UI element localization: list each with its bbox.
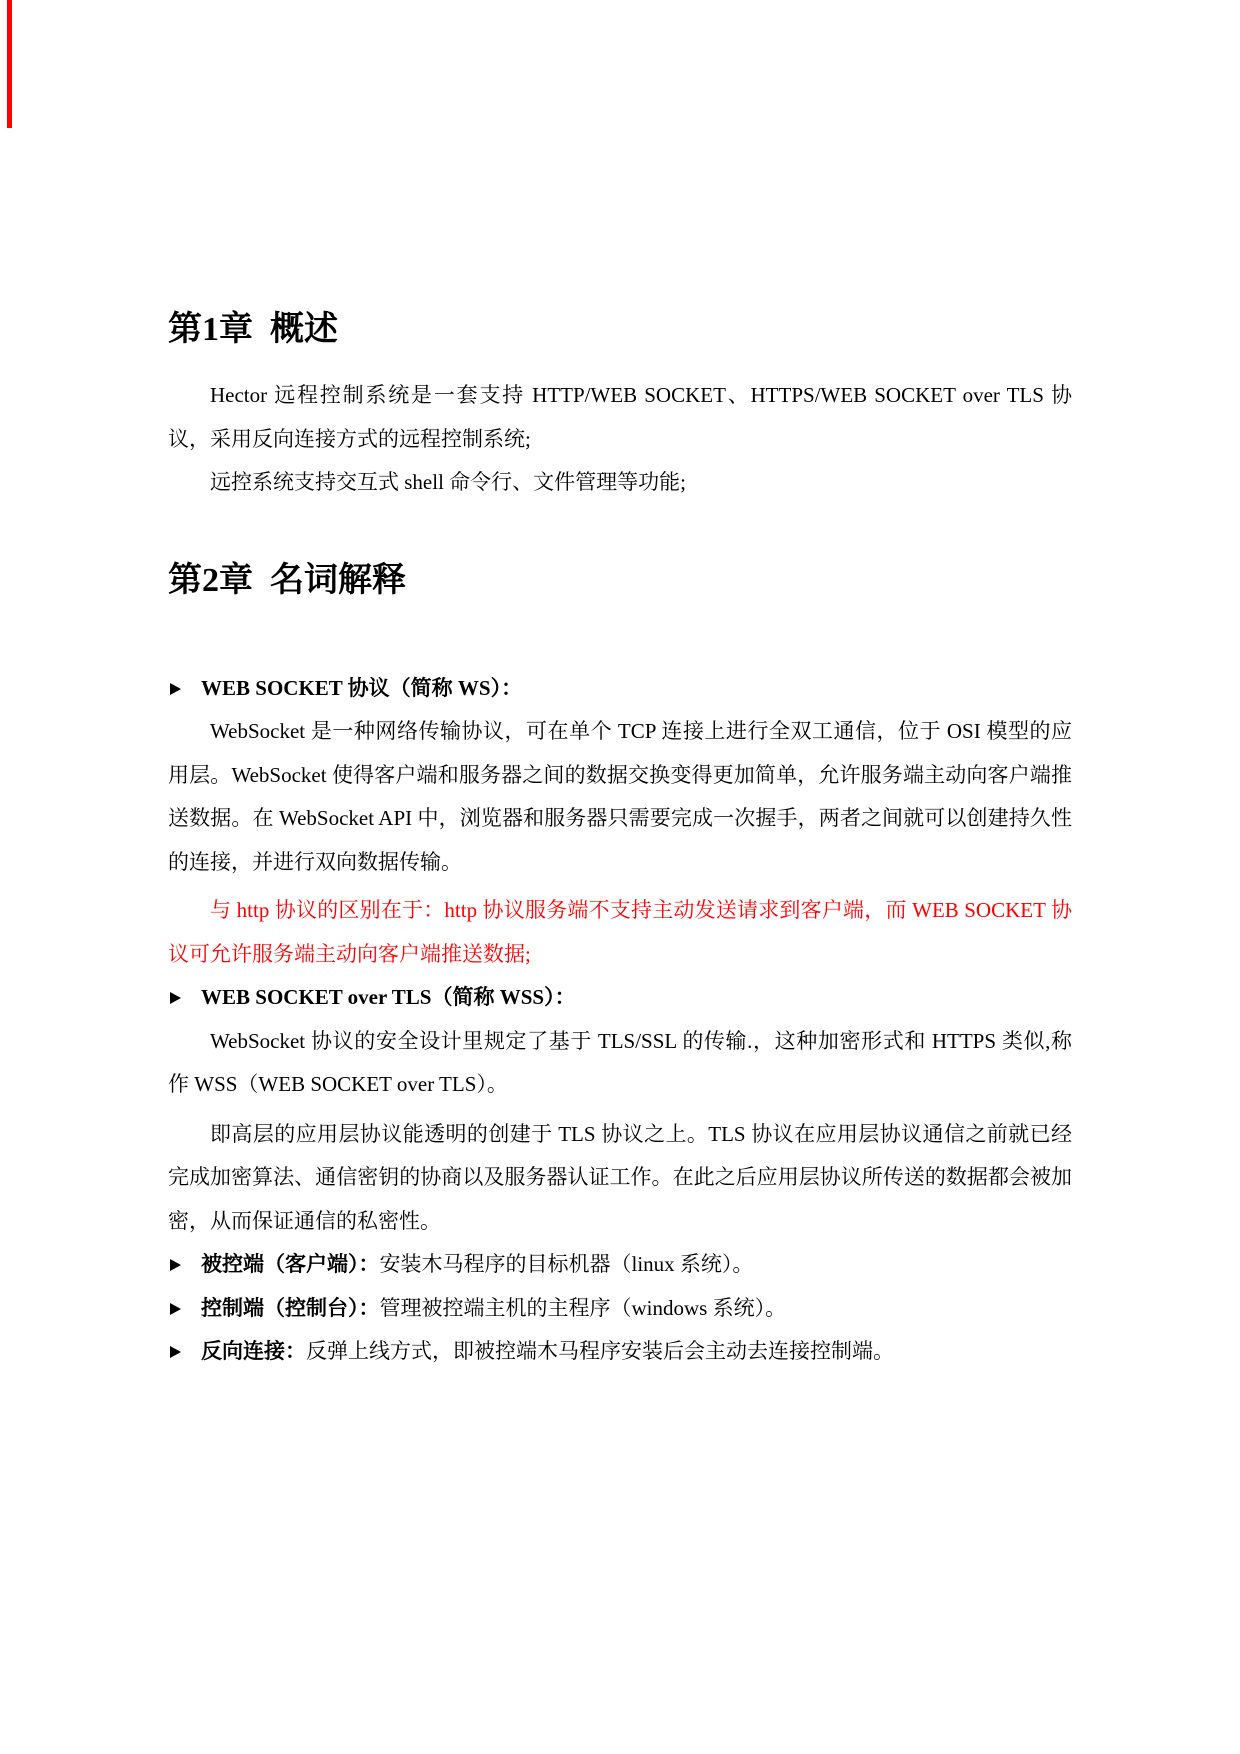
- paragraph-wss-desc-2: 即高层的应用层协议能透明的创建于 TLS 协议之上。TLS 协议在应用层协议通信…: [168, 1113, 1072, 1244]
- paragraph-wss-desc-1: WebSocket 协议的安全设计里规定了基于 TLS/SSL 的传输.，这种加…: [168, 1020, 1072, 1107]
- term-desc: 管理被控端主机的主程序（windows 系统）。: [380, 1296, 787, 1320]
- chapter-1-heading: 第1章 概述: [168, 310, 1072, 350]
- term-desc: 反弹上线方式，即被控端木马程序安装后会主动去连接控制端。: [306, 1339, 894, 1363]
- arrow-bullet-icon: [170, 1303, 181, 1315]
- bullet-item-wss: WEB SOCKET over TLS（简称 WSS）：: [168, 976, 1072, 1020]
- paragraph-ws-desc: WebSocket 是一种网络传输协议，可在单个 TCP 连接上进行全双工通信，…: [168, 710, 1072, 884]
- bullet-item-client: 被控端（客户端）：安装木马程序的目标机器（linux 系统）。: [168, 1243, 1072, 1287]
- arrow-bullet-icon: [170, 1346, 181, 1358]
- bullet-item-ws: WEB SOCKET 协议（简称 WS）：: [168, 667, 1072, 711]
- term-label: 被控端（客户端）：: [201, 1252, 380, 1276]
- bullet-item-reverse-connect: 反向连接：反弹上线方式，即被控端木马程序安装后会主动去连接控制端。: [168, 1330, 1072, 1374]
- term-desc: 安装木马程序的目标机器（linux 系统）。: [380, 1252, 754, 1276]
- paragraph-overview-2: 远控系统支持交互式 shell 命令行、文件管理等功能;: [168, 461, 1072, 505]
- paragraph-overview-1: Hector 远程控制系统是一套支持 HTTP/WEB SOCKET、HTTPS…: [168, 374, 1072, 461]
- document-page: 第1章 概述 Hector 远程控制系统是一套支持 HTTP/WEB SOCKE…: [0, 0, 1240, 1754]
- term-label: 控制端（控制台）：: [201, 1296, 380, 1320]
- arrow-bullet-icon: [170, 1259, 181, 1271]
- arrow-bullet-icon: [170, 992, 181, 1004]
- chapter-2-heading: 第2章 名词解释: [168, 561, 1072, 601]
- bullet-item-console: 控制端（控制台）：管理被控端主机的主程序（windows 系统）。: [168, 1287, 1072, 1331]
- term-label: WEB SOCKET 协议（简称 WS）：: [201, 676, 522, 700]
- paragraph-ws-red-note: 与 http 协议的区别在于：http 协议服务端不支持主动发送请求到客户端，而…: [168, 889, 1072, 976]
- revision-bar: [7, 0, 12, 128]
- term-label: WEB SOCKET over TLS（简称 WSS）：: [201, 985, 576, 1009]
- term-label: 反向连接：: [201, 1339, 306, 1363]
- arrow-bullet-icon: [170, 683, 181, 695]
